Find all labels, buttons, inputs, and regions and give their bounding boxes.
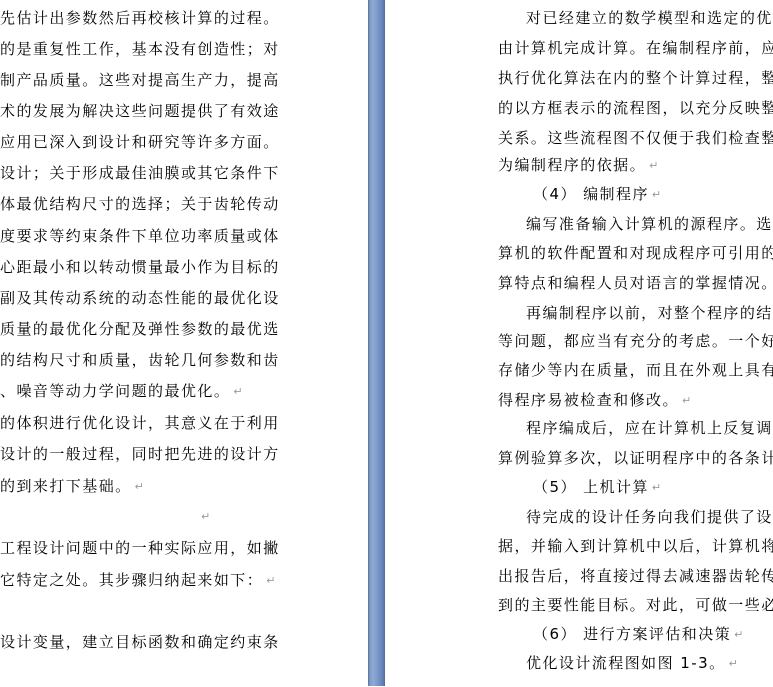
line-text: （4） 编制程序 — [533, 185, 649, 203]
paragraph-mark-icon: ↵ — [652, 481, 661, 494]
line-text: 的结构尺寸和质量，齿轮几何参数和齿 — [0, 351, 280, 369]
line-text: 的到来打下基础。 — [0, 477, 132, 495]
line-text: 到的主要性能目标。对此，可做一些必要 — [498, 596, 773, 614]
text-line[interactable]: 度要求等约束条件下单位功率质量或体 — [0, 227, 280, 245]
line-text: 待完成的设计任务向我们提供了设计 — [526, 508, 773, 526]
text-line[interactable]: 出报告后，将直接过得去减速器齿轮传 — [498, 567, 773, 585]
paragraph-mark-icon: ↵ — [201, 510, 210, 523]
paragraph-mark-icon: ↵ — [682, 394, 691, 407]
line-text: 执行优化算法在内的整个计算过程，整 — [498, 69, 773, 87]
line-text: 出报告后，将直接过得去减速器齿轮传 — [498, 567, 773, 585]
text-line[interactable]: 算例验算多次，以证明程序中的各条计算 — [498, 449, 773, 467]
document-page-right[interactable]: 对已经建立的数学模型和选定的优化由计算机完成计算。在编制程序前，应执行优化算法在… — [385, 0, 773, 687]
text-line[interactable]: 对已经建立的数学模型和选定的优化 — [526, 9, 773, 27]
text-line[interactable]: 执行优化算法在内的整个计算过程，整 — [498, 69, 773, 87]
section-heading[interactable]: （4） 编制程序↵ — [533, 185, 661, 204]
text-line[interactable]: 存储少等内在质量，而且在外观上具有 — [498, 361, 773, 379]
text-line[interactable]: 再编制程序以前，对整个程序的结构 — [526, 304, 773, 322]
text-line[interactable]: 程序编成后，应在计算机上反复调试 — [526, 419, 773, 437]
text-line[interactable]: 由计算机完成计算。在编制程序前，应 — [498, 39, 773, 57]
text-line[interactable]: 为编制程序的依据。↵ — [498, 156, 658, 175]
text-line[interactable]: 设计；关于形成最佳油膜或其它条件下 — [0, 164, 280, 182]
text-line[interactable]: 应用已深入到设计和研究等许多方面。 — [0, 133, 280, 151]
line-text: 为编制程序的依据。 — [498, 156, 646, 174]
text-line[interactable]: 的到来打下基础。↵ — [0, 477, 144, 496]
line-text: 设计变量，建立目标函数和确定约束条 — [0, 633, 280, 651]
line-text: 算机的软件配置和对现成程序可引用的 — [498, 244, 773, 262]
line-text: 编写准备输入计算机的源程序。选择 — [526, 215, 773, 233]
line-text: 先估计出参数然后再校核计算的过程。 — [0, 9, 280, 27]
line-text: 据，并输入到计算机中以后，计算机将 — [498, 537, 773, 555]
text-line[interactable]: 体最优结构尺寸的选择；关于齿轮传动 — [0, 195, 280, 213]
text-line[interactable]: 关系。这些流程图不仅便于我们检查整 — [498, 129, 773, 147]
line-text: 程序编成后，应在计算机上反复调试 — [526, 419, 773, 437]
text-line[interactable]: 的体积进行优化设计，其意义在于利用 — [0, 414, 280, 432]
paragraph-mark-icon: ↵ — [734, 628, 743, 641]
line-text: 质量的最优化分配及弹性参数的最优选 — [0, 320, 280, 338]
line-text: 设计的一般过程，同时把先进的设计方 — [0, 445, 280, 463]
line-text: 存储少等内在质量，而且在外观上具有 — [498, 361, 773, 379]
line-text: 的体积进行优化设计，其意义在于利用 — [0, 414, 280, 432]
text-line[interactable]: 它特定之处。其步骤归纳起来如下：↵ — [0, 571, 275, 590]
line-text: 体最优结构尺寸的选择；关于齿轮传动 — [0, 195, 280, 213]
line-text: 对已经建立的数学模型和选定的优化 — [526, 9, 773, 27]
line-text: 应用已深入到设计和研究等许多方面。 — [0, 133, 280, 151]
line-text: 心距最小和以转动惯量最小作为目标的 — [0, 258, 280, 276]
paragraph-mark-icon: ↵ — [649, 159, 658, 172]
text-line[interactable]: 先估计出参数然后再校核计算的过程。 — [0, 9, 280, 27]
text-line[interactable]: 设计变量，建立目标函数和确定约束条 — [0, 633, 280, 651]
line-text: 的以方框表示的流程图，以充分反映整 — [498, 99, 773, 117]
text-line[interactable]: 副及其传动系统的动态性能的最优化设 — [0, 289, 280, 307]
text-line[interactable]: 优化设计流程图如图 1-3。↵ — [526, 654, 738, 673]
text-line[interactable]: 待完成的设计任务向我们提供了设计 — [526, 508, 773, 526]
text-line[interactable]: 质量的最优化分配及弹性参数的最优选 — [0, 320, 280, 338]
line-text: 关系。这些流程图不仅便于我们检查整 — [498, 129, 773, 147]
text-line[interactable]: 算特点和编程人员对语言的掌握情况。↵ — [498, 274, 773, 293]
line-text: 、噪音等动力学问题的最优化。 — [0, 382, 230, 400]
section-heading[interactable]: （6） 进行方案评估和决策↵ — [533, 625, 743, 644]
document-page-left[interactable]: 先估计出参数然后再校核计算的过程。的是重复性工作，基本没有创造性；对制产品质量。… — [0, 0, 368, 687]
text-line[interactable]: 的结构尺寸和质量，齿轮几何参数和齿 — [0, 351, 280, 369]
paragraph-mark-icon: ↵ — [135, 480, 144, 493]
line-text: 的是重复性工作，基本没有创造性；对 — [0, 40, 280, 58]
text-line[interactable]: 到的主要性能目标。对此，可做一些必要 — [498, 596, 773, 614]
line-text: 算特点和编程人员对语言的掌握情况。 — [498, 274, 773, 292]
text-line[interactable]: 的是重复性工作，基本没有创造性；对 — [0, 40, 280, 58]
text-line[interactable]: 设计的一般过程，同时把先进的设计方 — [0, 445, 280, 463]
line-text: 副及其传动系统的动态性能的最优化设 — [0, 289, 280, 307]
text-line[interactable]: 算机的软件配置和对现成程序可引用的 — [498, 244, 773, 262]
text-line[interactable]: 工程设计问题中的一种实际应用，如撇 — [0, 539, 280, 557]
line-text: （5） 上机计算 — [533, 478, 649, 496]
text-line[interactable]: 等问题，都应当有充分的考虑。一个好 — [498, 332, 773, 350]
page-gap-divider — [368, 0, 385, 686]
line-text: 再编制程序以前，对整个程序的结构 — [526, 304, 773, 322]
paragraph-mark-icon: ↵ — [729, 657, 738, 670]
text-line[interactable]: 的以方框表示的流程图，以充分反映整 — [498, 99, 773, 117]
text-line[interactable]: 、噪音等动力学问题的最优化。↵ — [0, 382, 243, 401]
line-text: 工程设计问题中的一种实际应用，如撇 — [0, 539, 280, 557]
line-text: （6） 进行方案评估和决策 — [533, 625, 731, 643]
line-text: 算例验算多次，以证明程序中的各条计算 — [498, 449, 773, 467]
line-text: 设计；关于形成最佳油膜或其它条件下 — [0, 164, 280, 182]
section-heading[interactable]: （5） 上机计算↵ — [533, 478, 661, 497]
text-line[interactable]: 心距最小和以转动惯量最小作为目标的 — [0, 258, 280, 276]
line-text: 它特定之处。其步骤归纳起来如下： — [0, 571, 263, 589]
text-line[interactable]: 据，并输入到计算机中以后，计算机将 — [498, 537, 773, 555]
line-text: 优化设计流程图如图 1-3。 — [526, 654, 726, 672]
paragraph-mark-icon: ↵ — [266, 574, 275, 587]
paragraph-mark-icon: ↵ — [233, 385, 242, 398]
text-line[interactable]: 制产品质量。这些对提高生产力，提高 — [0, 71, 280, 89]
line-text: 得程序易被检查和修改。 — [498, 391, 679, 409]
paragraph-mark-icon: ↵ — [652, 188, 661, 201]
text-line[interactable]: 得程序易被检查和修改。↵ — [498, 391, 691, 410]
line-text: 度要求等约束条件下单位功率质量或体 — [0, 227, 280, 245]
line-text: 术的发展为解决这些问题提供了有效途 — [0, 102, 280, 120]
text-line[interactable]: 编写准备输入计算机的源程序。选择 — [526, 215, 773, 233]
line-text: 由计算机完成计算。在编制程序前，应 — [498, 39, 773, 57]
text-line[interactable]: 术的发展为解决这些问题提供了有效途 — [0, 102, 280, 120]
line-text: 制产品质量。这些对提高生产力，提高 — [0, 71, 280, 89]
line-text: 等问题，都应当有充分的考虑。一个好 — [498, 332, 773, 350]
